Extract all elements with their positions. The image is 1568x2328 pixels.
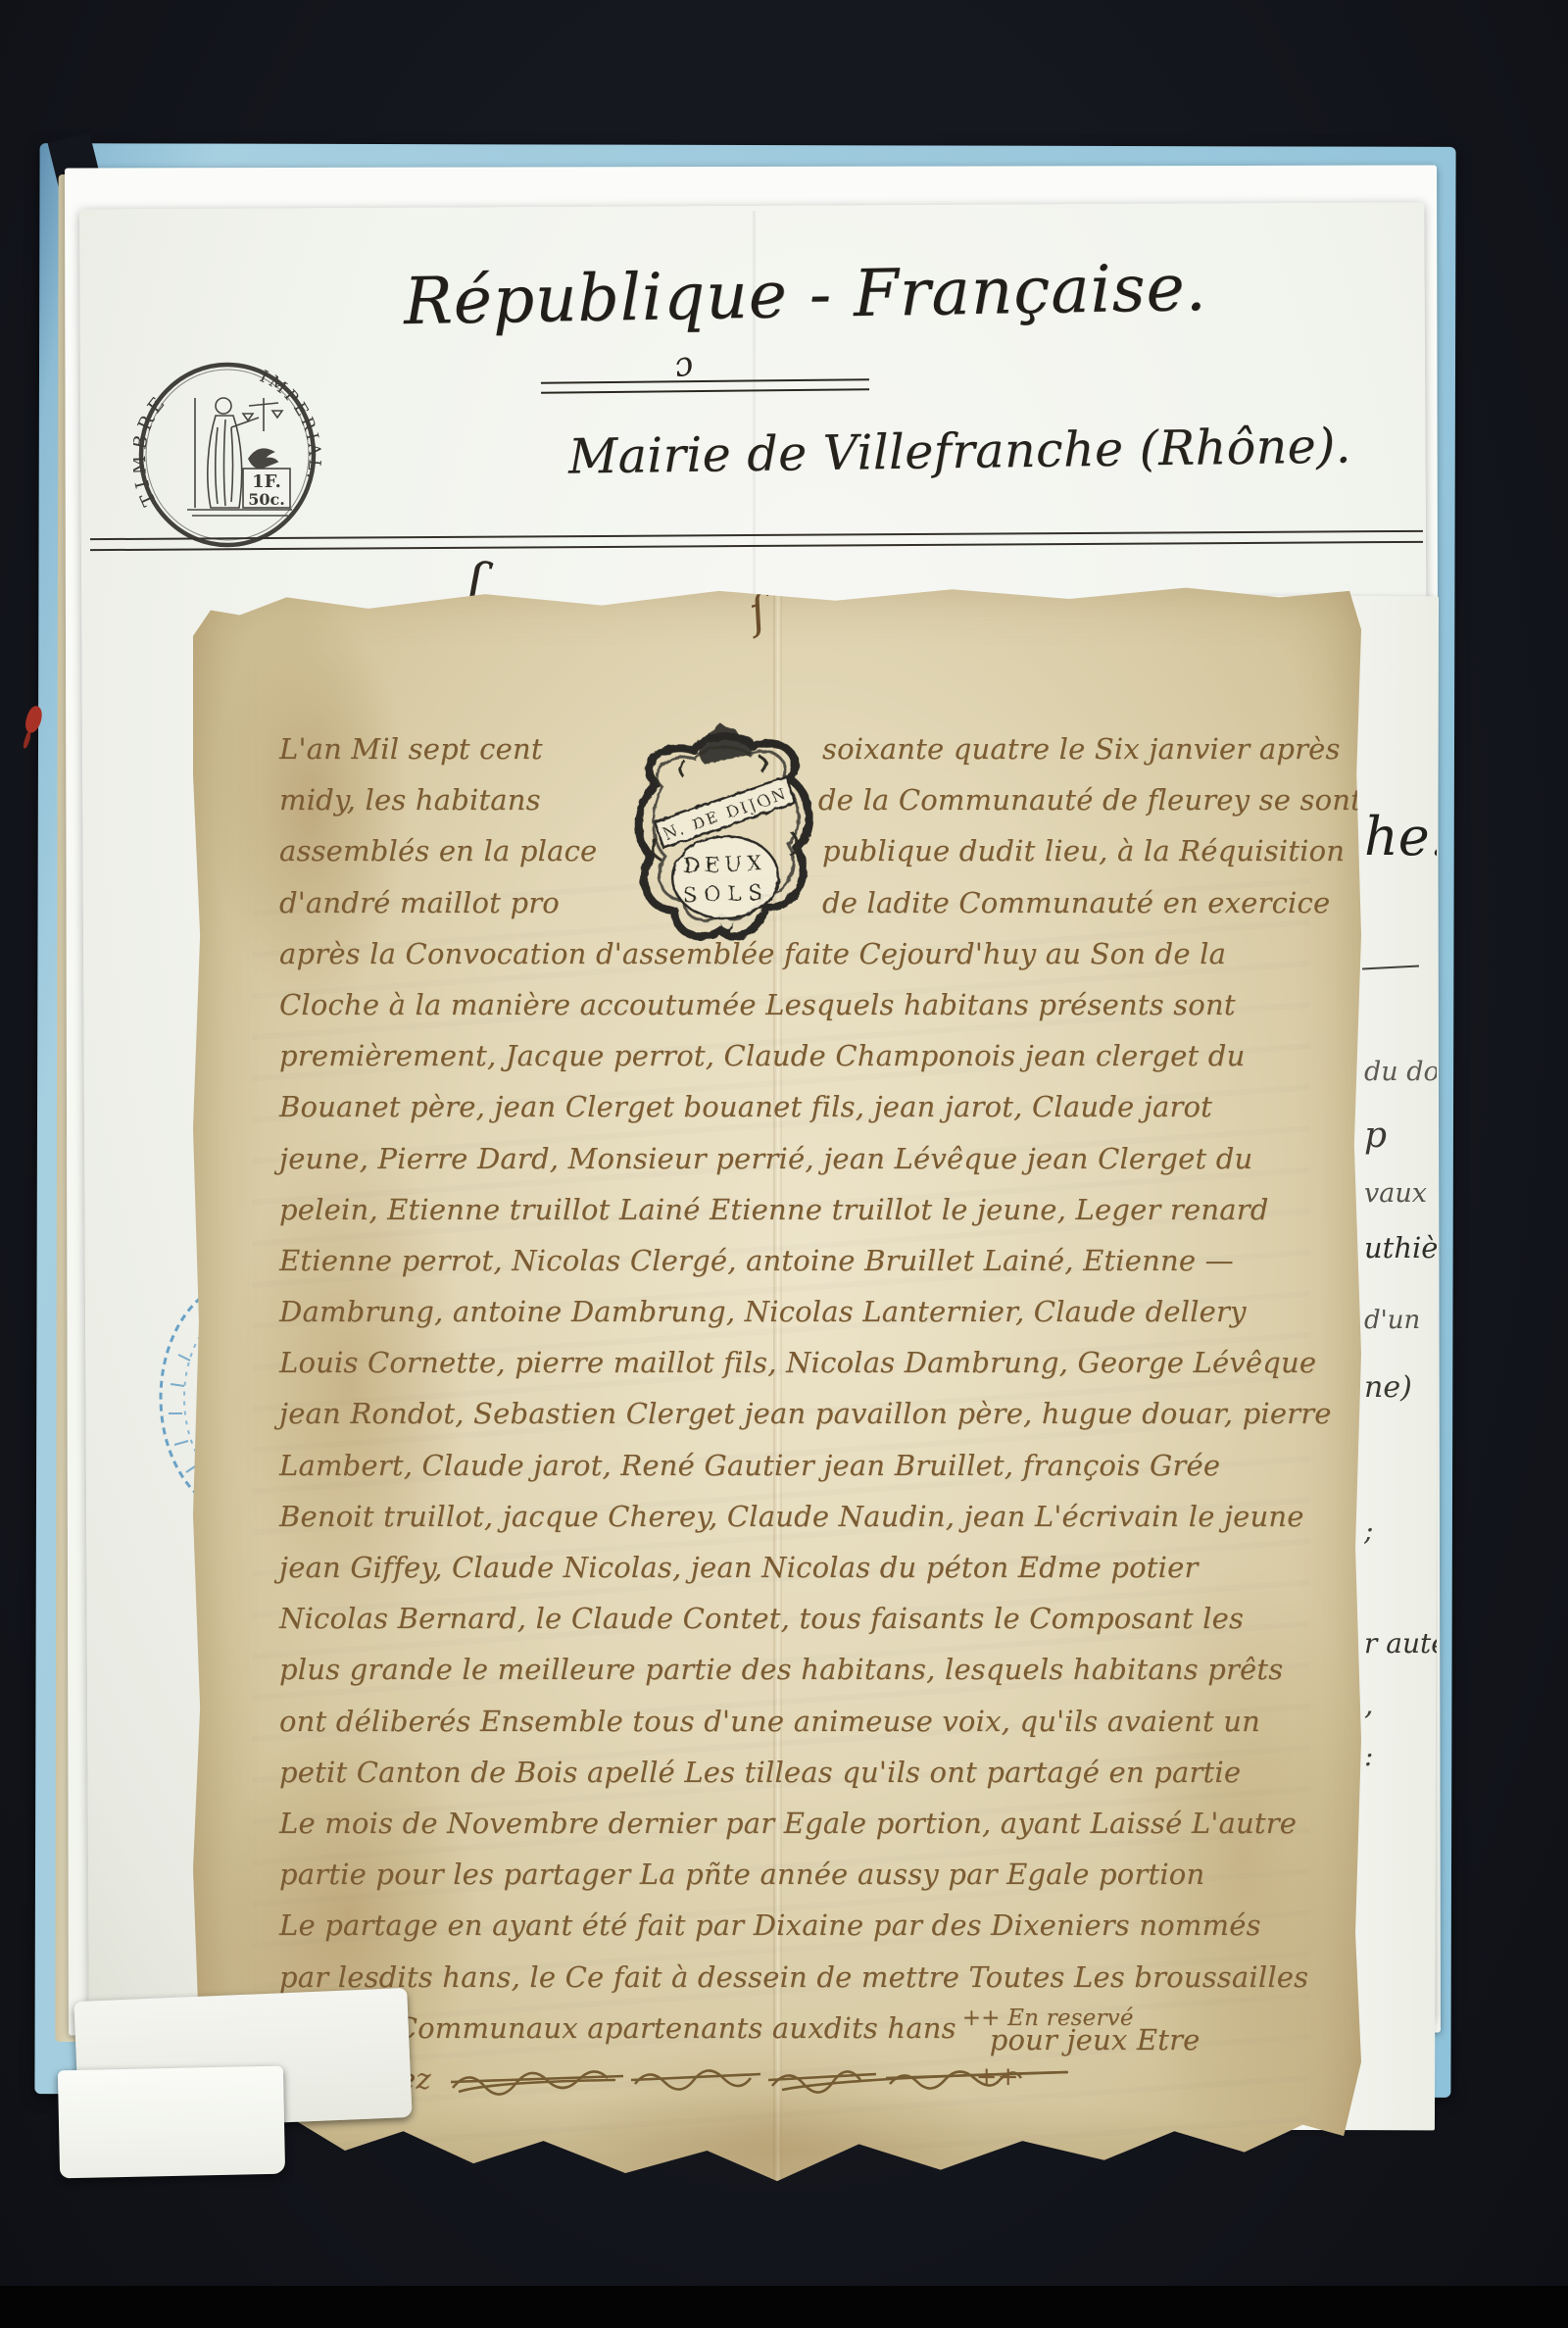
stamp-value-bottom: 50c. <box>248 490 285 509</box>
manuscript-line: Benoit truillot, jacque Cherey, Claude N… <box>279 1491 1362 1542</box>
manuscript-lines: après la Convocation d'assemblée faite C… <box>279 928 1362 2003</box>
manuscript-line: Louis Cornette, pierre maillot fils, Nic… <box>279 1337 1362 1388</box>
manuscript-line: L'an Mil sept centsoixante quatre le Six… <box>279 723 1362 774</box>
insertion-mark: ++ <box>976 2052 1019 2103</box>
line-tail: pour jeux Etre <box>990 2023 1200 2056</box>
document-subtitle: Mairie de Villefranche (Rhône). <box>568 418 1352 484</box>
manuscript-line: Nicolas Bernard, le Claude Contet, tous … <box>279 1593 1362 1644</box>
manuscript-line: jean Rondot, Sebastien Clerget jean pava… <box>279 1388 1362 1439</box>
manuscript-line: Le mois de Novembre dernier par Egale po… <box>279 1798 1362 1849</box>
timbre-imperial-stamp: TIMBRE IMPERIAL. 1F. 50c. <box>133 359 321 551</box>
manuscript-line: partie pour les partager La pñte année a… <box>279 1849 1362 1900</box>
manuscript-line: d'andré maillot prode ladite Communauté … <box>279 877 1362 928</box>
manuscript-line: petit Canton de Bois apellé Les tilleas … <box>279 1747 1362 1798</box>
manuscript-line: jeune, Pierre Dard, Monsieur perrié, jea… <box>279 1133 1362 1184</box>
manuscript-line: Bouanet père, jean Clerget bouanet fils,… <box>279 1081 1362 1132</box>
manuscript-line: Cloche à la manière accoutumée Lesquels … <box>279 979 1362 1030</box>
manuscript-final-line: Conservez <box>279 2054 1362 2105</box>
manuscript-line: Lambert, Claude jarot, René Gautier jean… <box>279 1440 1362 1491</box>
handwriting-fragment: , <box>1364 1688 1437 1722</box>
manuscript-line: ont déliberés Ensemble tous d'une animeu… <box>279 1696 1362 1747</box>
handwriting-fragment: : <box>1364 1740 1437 1772</box>
under-sheet-corner-2 <box>58 2066 285 2179</box>
manuscript-line: après la Convocation d'assemblée faite C… <box>279 928 1362 979</box>
manuscript-line: midy, les habitansde la Communauté de fl… <box>279 774 1362 825</box>
handwriting-fragment: d'un <box>1364 1306 1437 1335</box>
manuscript-line: Le partage en ayant été fait par Dixaine… <box>279 1900 1362 1951</box>
manuscript-lines-around-stamp: L'an Mil sept centsoixante quatre le Six… <box>279 723 1362 928</box>
handwriting-fragment: ne) <box>1364 1370 1437 1405</box>
aged-manuscript-page: ſ N. DE DIJON DEUX SOLS <box>193 581 1361 2191</box>
handwriting-fragment: uthière <box>1364 1231 1437 1264</box>
manuscript-line: Dambrung, antoine Dambrung, Nicolas Lant… <box>279 1286 1362 1337</box>
stamp-value-top: 1F. <box>252 471 281 492</box>
manuscript-line: par lesdits hans, le Ce fait à dessein d… <box>279 1952 1362 2003</box>
handwriting-fragment: ; <box>1364 1514 1437 1547</box>
handwriting-fragment: he. <box>1364 806 1437 867</box>
handwriting-fragment: p <box>1364 1115 1437 1156</box>
photo-of-archival-documents: TIMBRE IMPERIAL. 1F. 50c. République - F… <box>0 0 1568 2328</box>
document-title: République - Française. <box>403 250 1207 339</box>
manuscript-line: jean Giffey, Claude Nicolas, jean Nicola… <box>279 1542 1362 1593</box>
photo-bottom-border <box>0 2286 1568 2328</box>
manuscript-text-block: L'an Mil sept centsoixante quatre le Six… <box>279 723 1362 2105</box>
manuscript-line: premièrement, Jacque perrot, Claude Cham… <box>279 1030 1362 1081</box>
manuscript-line: Etienne perrot, Nicolas Clergé, antoine … <box>279 1235 1362 1286</box>
manuscript-line-with-insertion: de Bois Communaux apartenants auxdits ha… <box>279 2003 1362 2054</box>
handwriting-fragment: vaux <box>1364 1178 1437 1209</box>
manuscript-line: assemblés en la placepublique dudit lieu… <box>279 825 1362 876</box>
manuscript-line: pelein, Etienne truillot Lainé Etienne t… <box>279 1184 1362 1235</box>
manuscript-line: plus grande le meilleure partie des habi… <box>279 1644 1362 1695</box>
handwriting-fragment: du doi <box>1364 1057 1437 1087</box>
handwriting-fragment: r aute <box>1364 1627 1437 1659</box>
